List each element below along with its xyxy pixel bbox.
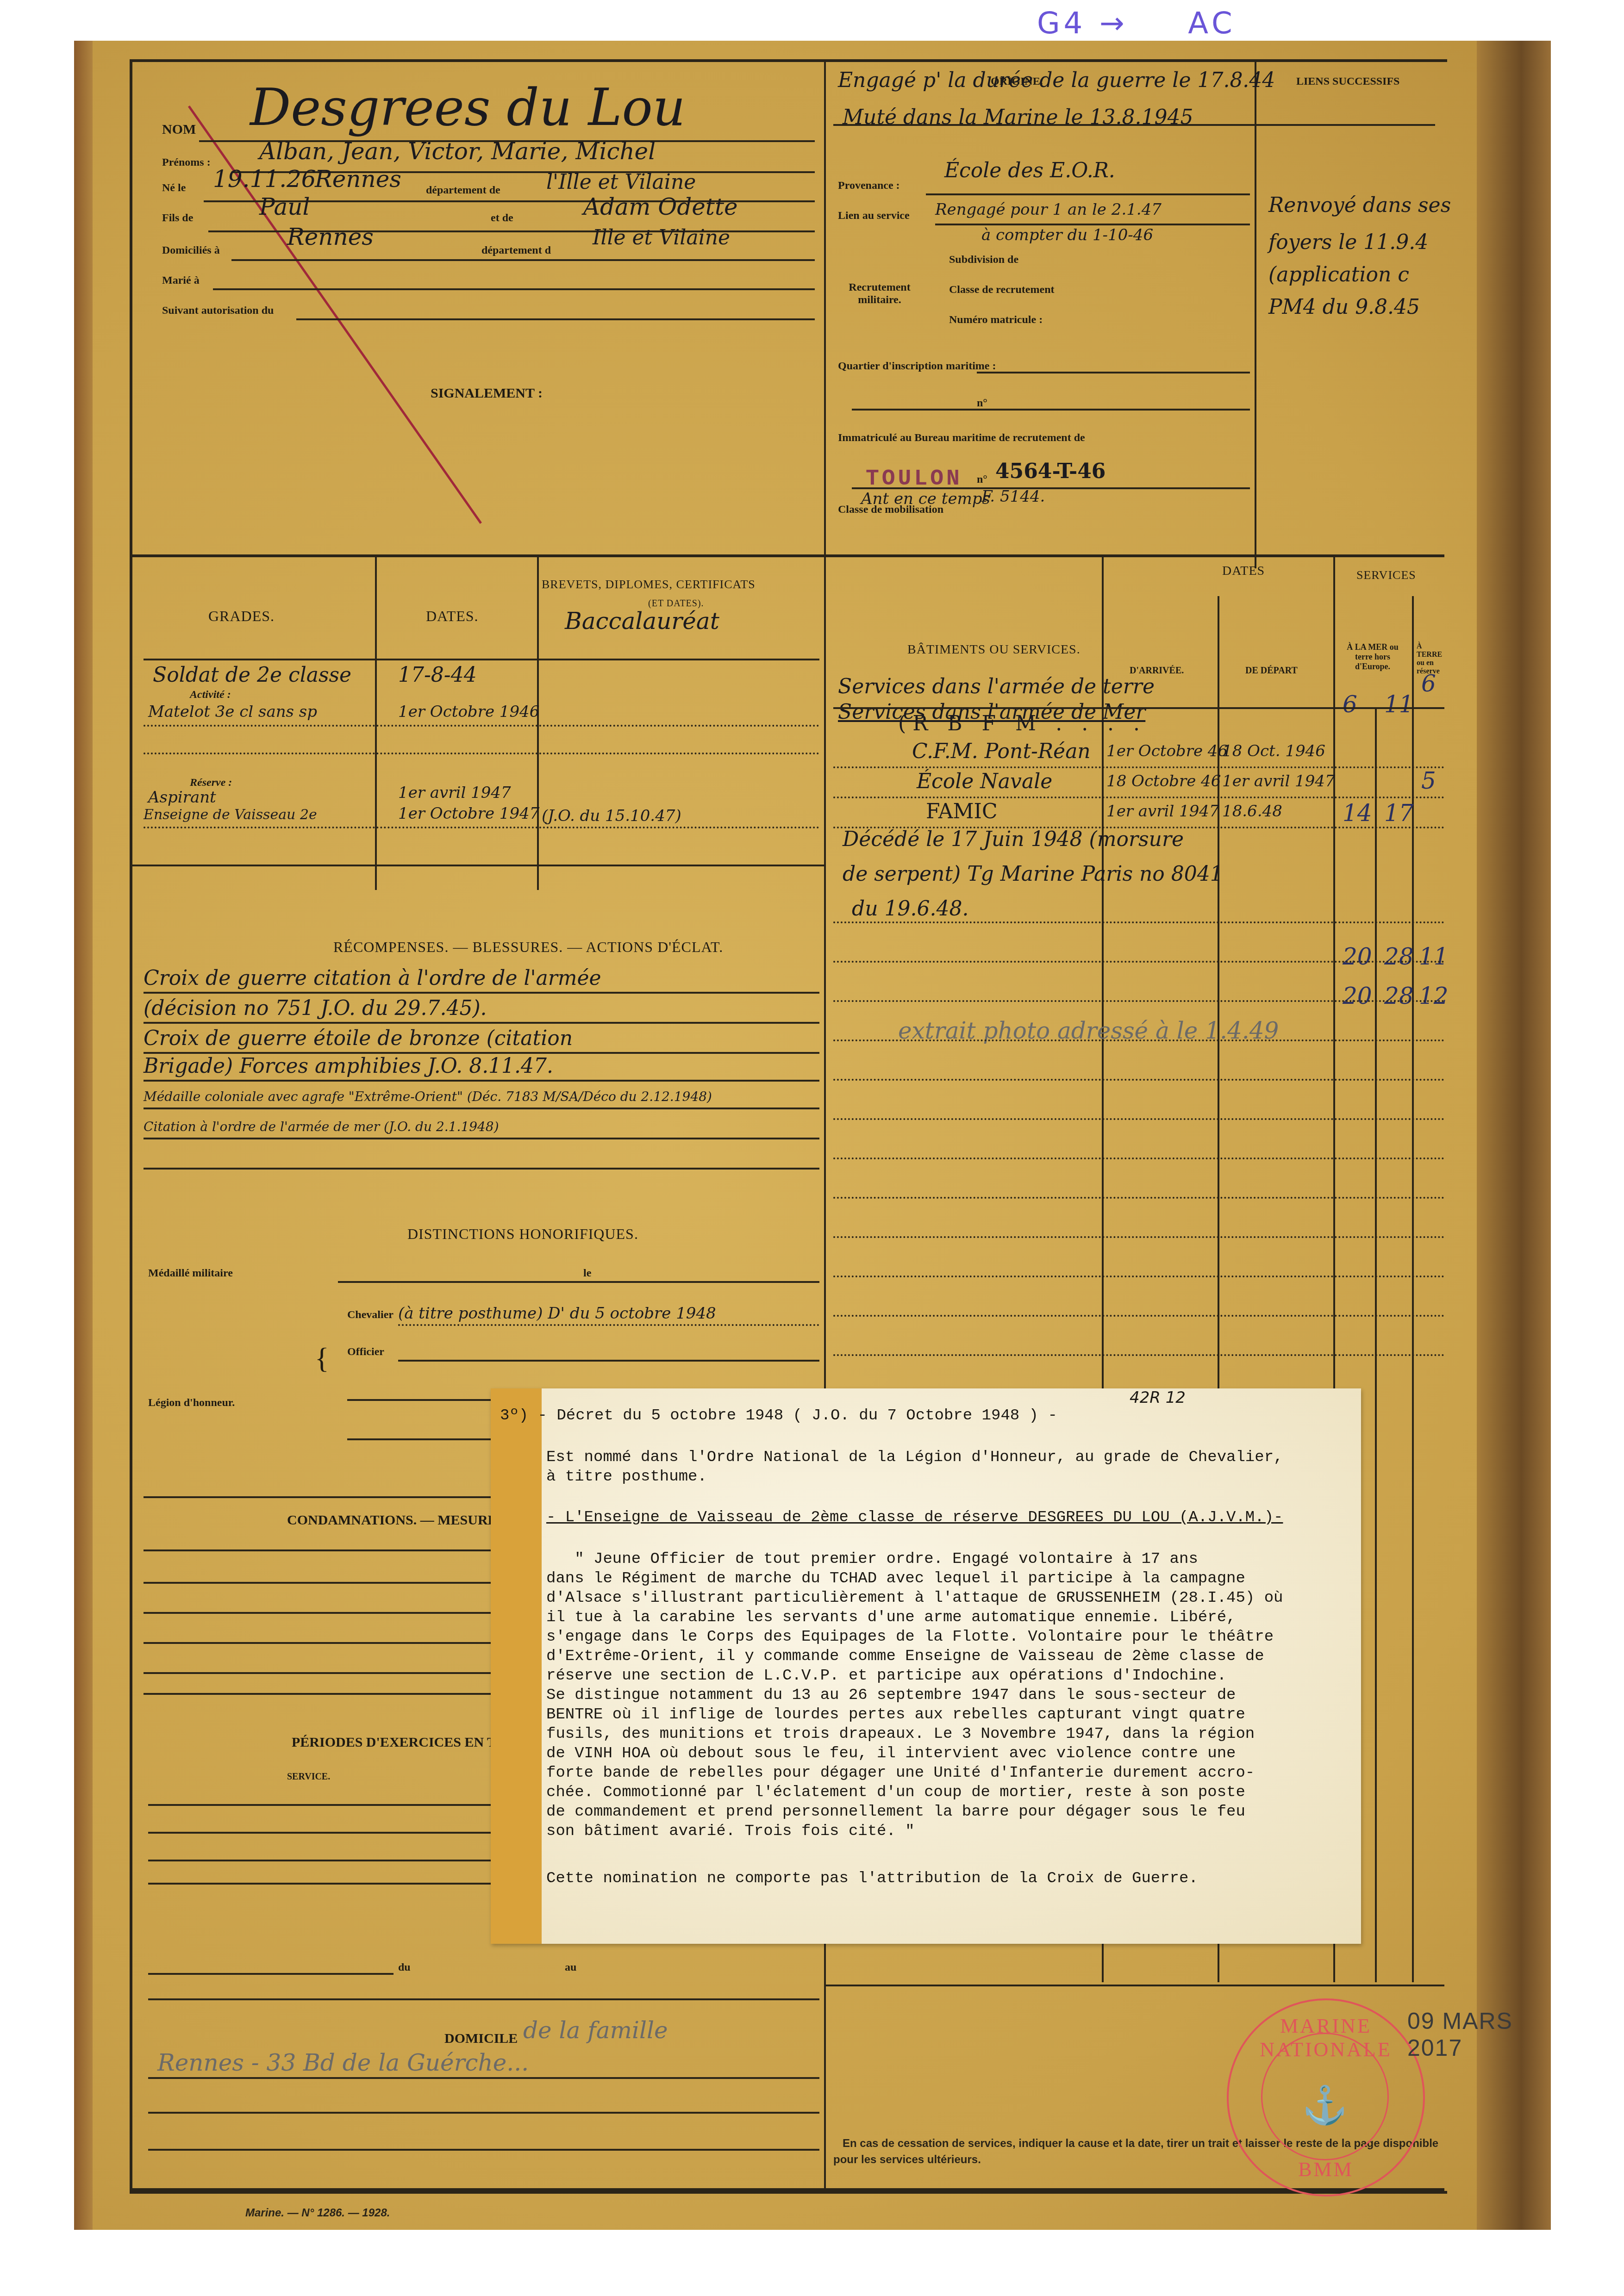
insert-line-3: à titre posthume. — [546, 1468, 707, 1486]
bat-row-line-5 — [833, 999, 1444, 1002]
departement2-value: Ille et Vilaine — [593, 226, 730, 249]
departement-label: département de — [426, 184, 500, 197]
domicile-line-0 — [148, 2077, 819, 2079]
domicilies-label: Domiciliés à — [162, 244, 220, 257]
liens-title: LIENS SUCCESSIFS — [1296, 75, 1399, 88]
intro-terre-m: 6 — [1421, 670, 1436, 697]
periode-line-5 — [148, 1998, 819, 2000]
reserve-label: Réserve : — [190, 777, 232, 789]
page-edge — [74, 41, 93, 2230]
grades-row-line-1 — [144, 723, 819, 727]
origine-line1: Engagé p' la durée de la guerre le 17.8.… — [838, 68, 1275, 92]
insert-line-14: Se distingue notamment du 13 au 26 septe… — [546, 1686, 1236, 1704]
rec-line-0 — [144, 992, 819, 994]
departement-value: l'Ille et Vilaine — [546, 170, 696, 194]
fils-de-label: Fils de — [162, 212, 193, 224]
mer-m-divider — [1375, 707, 1377, 1982]
arrivee-row-1: 18 Octobre 46 — [1106, 772, 1221, 790]
legion-label: Légion d'honneur. — [148, 1397, 235, 1409]
dates-header: DATES. — [426, 608, 479, 625]
lien-line — [935, 224, 1250, 225]
intro-mer-m: 6 — [1343, 691, 1357, 718]
prenoms-label: Prénoms : — [162, 156, 211, 169]
bat-row-line-0 — [833, 765, 1444, 768]
insert-line-23: Cette nomination ne comporte pas l'attri… — [546, 1870, 1198, 1887]
toulon-line — [852, 487, 1250, 489]
service-row-0: C.F.M. Pont-Réan — [912, 740, 1091, 763]
insert-line-9: d'Alsace s'illustrant particulièrement à… — [546, 1589, 1283, 1607]
immatricule-label: Immatriculé au Bureau maritime de recrut… — [838, 432, 1085, 444]
recrutement-label: Recrutement militaire. — [838, 281, 921, 306]
subdivision-label: Subdivision de — [949, 254, 1018, 266]
provenance-line — [926, 193, 1250, 195]
domicile-line — [231, 259, 815, 261]
rec-line-3 — [144, 1080, 819, 1082]
insert-line-15: BENTRE où il inflige de lourdes pertes a… — [546, 1706, 1245, 1724]
brevets-header: BREVETS, DIPLOMES, CERTIFICATS — [542, 578, 756, 591]
au-label: au — [565, 1961, 576, 1974]
sub-header: (R B F M . . . . — [898, 712, 1146, 735]
legion-brace: { — [315, 1341, 329, 1375]
et-de-label: et de — [491, 212, 513, 224]
bat-row-line-13 — [833, 1313, 1444, 1317]
seal-bottom-text: BMM — [1229, 2158, 1423, 2181]
rec-line-6 — [144, 1168, 819, 1170]
departement2-label: département d — [481, 244, 551, 257]
deces-line-0: Décédé le 17 Juin 1948 (morsure — [843, 828, 1184, 851]
depart-row-1: 1er avril 1947 — [1222, 772, 1335, 790]
anchor-icon: ⚓ — [1229, 2084, 1423, 2127]
form-number: Marine. — N° 1286. — 1928. — [245, 2207, 390, 2220]
bat-row-line-1 — [833, 795, 1444, 798]
signalement-label: SIGNALEMENT : — [431, 386, 543, 401]
nom-value: Desgrees du Lou — [250, 78, 686, 137]
top-annotation: G4 →AC — [1037, 6, 1296, 41]
du-label-3: du — [398, 1961, 411, 1974]
mer-j-row-2: 17 — [1384, 800, 1414, 827]
rec-line-4 — [144, 1108, 819, 1109]
liens-line-0: Renvoyé dans ses — [1268, 193, 1451, 217]
bat-row-line-8 — [833, 1117, 1444, 1120]
depart-row-2: 18.6.48 — [1222, 802, 1282, 821]
grades-bottom-line — [130, 865, 824, 866]
birthplace-value: Rennes — [315, 166, 401, 193]
liens-divider — [1255, 59, 1256, 568]
mer-m-row-2: 14 — [1343, 800, 1372, 827]
medaille-label: Médaillé militaire — [148, 1267, 233, 1280]
annotation-right: AC — [1188, 6, 1236, 41]
recompense-line-5: Citation à l'ordre de l'armée de mer (J.… — [144, 1119, 499, 1134]
grades-row-line-2 — [144, 751, 819, 754]
recompenses-title: RÉCOMPENSES. — BLESSURES. — ACTIONS D'ÉC… — [333, 939, 723, 956]
rec-line-1 — [144, 1022, 819, 1024]
service-row-2: FAMIC — [926, 800, 998, 823]
ne-le-value: 19.11.26 — [213, 166, 316, 193]
lien-label: Lien au service — [838, 210, 910, 222]
deces-line-2: du 19.6.48. — [852, 897, 968, 921]
quartier-line — [977, 372, 1250, 373]
no-line — [852, 409, 1250, 411]
grade-note-5: (J.O. du 15.10.47) — [542, 807, 681, 825]
arrivee-row-0: 1er Octobre 46 — [1106, 742, 1228, 760]
grade-row-5: Enseigne de Vaisseau 2e — [144, 807, 317, 823]
classe-mob-label: Classe de mobilisation — [838, 504, 943, 516]
depart-row-0: 18 Oct. 1946 — [1222, 742, 1325, 760]
ne-le-label: Né le — [162, 182, 186, 194]
autorisation-label: Suivant autorisation du — [162, 305, 274, 317]
grade-row-2: Matelot 3e cl sans sp — [148, 703, 317, 721]
deces-line-1: de serpent) Tg Marine Paris no 8041 — [843, 862, 1223, 886]
right-bottom-line — [824, 1985, 1444, 1986]
quartier-label: Quartier d'inscription maritime : — [838, 360, 996, 373]
form-bottom-line — [130, 2188, 1444, 2192]
total-t-1: 12 — [1419, 983, 1449, 1009]
seal-top-text: MARINE NATIONALE — [1229, 2014, 1423, 2061]
chevalier-line — [398, 1323, 819, 1326]
brevet-value: Baccalauréat — [565, 608, 719, 635]
autorisation-line — [296, 318, 815, 320]
bat-row-line-12 — [833, 1274, 1444, 1277]
matricule-label: Numéro matricule : — [949, 314, 1043, 326]
grade-row-4: Aspirant — [148, 788, 216, 807]
total-m-1: 20 — [1343, 983, 1372, 1009]
total-m-0: 20 — [1343, 943, 1372, 970]
insert-line-2: Est nommé dans l'Ordre National de la Lé… — [546, 1449, 1283, 1466]
domicile-title: DOMICILE — [444, 2031, 518, 2047]
domicile-annotation: de la famille — [523, 2017, 668, 2044]
bat-row-line-10 — [833, 1195, 1444, 1199]
rec-line-5 — [144, 1138, 819, 1139]
insert-line-18: forte bande de rebelles pour dégager une… — [546, 1764, 1255, 1782]
annotation-left: G4 → — [1037, 6, 1128, 41]
chevalier-value: (à titre posthume) D' du 5 octobre 1948 — [398, 1304, 716, 1323]
bat-row-line-11 — [833, 1235, 1444, 1238]
officier-line — [398, 1360, 819, 1362]
recompense-line-1: (décision no 751 J.O. du 29.7.45). — [144, 996, 487, 1020]
intro-mer-j: 11 — [1384, 691, 1414, 718]
batiments-header-line — [833, 707, 1444, 709]
footer-note-2: pour les services ultérieurs. — [833, 2153, 981, 2166]
marine-nationale-seal: MARINE NATIONALE ⚓ BMM — [1227, 1998, 1425, 2196]
bat-row-line-6 — [833, 1038, 1444, 1041]
total-j-1: 28 — [1384, 983, 1414, 1009]
origine-line — [833, 124, 1435, 126]
total-t-0: 11 — [1419, 943, 1449, 970]
insert-line-21: son bâtiment avarié. Trois fois cité. " — [546, 1823, 915, 1840]
terre-row-1: 5 — [1421, 767, 1436, 794]
insert-line-13: réserve une section de L.C.V.P. et parti… — [546, 1667, 1226, 1685]
fils-de-value: Paul — [259, 193, 310, 220]
grades-header-line — [144, 659, 819, 660]
depart-header: DE DÉPART — [1245, 666, 1298, 676]
grade-date-4: 1er avril 1947 — [398, 784, 511, 802]
insert-line-20: de commandement et prend personnellement… — [546, 1803, 1245, 1821]
insert-line-11: s'engage dans le Corps des Equipages de … — [546, 1628, 1274, 1646]
recompense-line-2: Croix de guerre étoile de bronze (citati… — [144, 1027, 573, 1050]
lien-value2: à compter du 1-10-46 — [981, 226, 1153, 244]
mer-header: À LA MER ou terre hors d'Europe. — [1338, 642, 1407, 672]
marie-line — [213, 288, 815, 290]
grade-date-2: 1er Octobre 1946 — [398, 703, 539, 721]
liens-line-1: foyers le 11.9.4 — [1268, 230, 1428, 254]
periode-line-4 — [148, 1973, 394, 1975]
officier-label: Officier — [347, 1346, 384, 1358]
provenance-label: Provenance : — [838, 180, 900, 192]
no-label-2: n° — [977, 473, 987, 486]
grade-date-5: 1er Octobre 1947 — [398, 804, 539, 823]
domicile-line-1 — [148, 2112, 819, 2114]
intro-line-0: Services dans l'armée de terre — [838, 675, 1155, 698]
et-de-value: Adam Odette — [583, 193, 738, 220]
recompense-line-0: Croix de guerre citation à l'ordre de l'… — [144, 966, 601, 990]
f-number: F. 5144. — [981, 487, 1045, 506]
prenoms-value: Alban, Jean, Victor, Marie, Michel — [259, 138, 656, 165]
bat-row-line-3 — [833, 920, 1444, 923]
grade-date-0: 17-8-44 — [398, 663, 477, 687]
insert-line-16: fusils, des munitions et trois drapeaux.… — [546, 1725, 1255, 1743]
grades-header: GRADES. — [208, 608, 275, 625]
service-row-1: École Navale — [917, 770, 1052, 793]
bat-row-line-4 — [833, 959, 1444, 963]
insert-line-17: de VINH HOA où debout sous le feu, il in… — [546, 1745, 1236, 1762]
book-spine — [1477, 41, 1551, 2230]
date-stamp: 09 MARS 2017 — [1407, 2008, 1551, 2061]
insert-line-19: chée. Commotionné par l'éclatement d'un … — [546, 1784, 1245, 1801]
batiments-header: BÂTIMENTS OU SERVICES. — [907, 642, 1081, 657]
liens-line-3: PM4 du 9.8.45 — [1268, 295, 1420, 319]
recompense-line-3: Brigade) Forces amphibies J.O. 8.11.47. — [144, 1054, 553, 1078]
periodes-title: PÉRIODES D'EXERCICES EN TE — [292, 1735, 506, 1750]
grade-row-0: Soldat de 2e classe — [153, 663, 351, 687]
insert-line-0: 3º) - Décret du 5 octobre 1948 ( J.O. du… — [500, 1407, 1057, 1425]
liens-line-2: (application c — [1268, 263, 1409, 286]
domicile-line-2 — [148, 2149, 819, 2151]
insert-reference: 42R 12 — [1130, 1388, 1186, 1407]
total-j-0: 28 — [1384, 943, 1414, 970]
insert-line-7: " Jeune Officier de tout premier ordre. … — [546, 1550, 1198, 1568]
matricule-number: 4564-T-46 — [995, 460, 1106, 483]
domicilies-value: Rennes — [287, 224, 374, 250]
domicile-value: Rennes - 33 Bd de la Guérche... — [157, 2049, 529, 2076]
bat-row-line-7 — [833, 1077, 1444, 1081]
dates-group-header: DATES — [1222, 564, 1265, 579]
provenance-value: École des E.O.R. — [944, 159, 1115, 182]
rec-line-2 — [144, 1052, 819, 1054]
marie-label: Marié à — [162, 274, 200, 287]
insert-line-8: dans le Régiment de marche du TCHAD avec… — [546, 1570, 1245, 1587]
distinctions-title: DISTINCTIONS HONORIFIQUES. — [407, 1226, 638, 1243]
insert-line-5: - L'Enseigne de Vaisseau de 2ème classe … — [546, 1509, 1283, 1526]
services-group-header: SERVICES — [1356, 568, 1416, 582]
activite-label: Activité : — [190, 689, 231, 701]
bat-row-line-14 — [833, 1353, 1444, 1356]
insert-line-12: d'Extrême-Orient, il y commande comme En… — [546, 1648, 1264, 1665]
service-label: SERVICE. — [287, 1772, 330, 1782]
nom-label: NOM — [162, 122, 196, 137]
no-label: n° — [977, 397, 987, 410]
grades-row-line-3 — [144, 825, 819, 828]
insert-line-10: il tue à la carabine les servants d'une … — [546, 1609, 1236, 1626]
arrivee-row-2: 1er avril 1947 — [1106, 802, 1219, 821]
bat-row-line-9 — [833, 1156, 1444, 1159]
medaille-line — [338, 1281, 819, 1283]
condamnations-title: CONDAMNATIONS. — MESURES — [287, 1512, 505, 1528]
medaille-le-label: le — [583, 1267, 591, 1280]
chevalier-label: Chevalier — [347, 1309, 394, 1321]
classe-label: Classe de recrutement — [949, 284, 1054, 296]
lien-value: Rengagé pour 1 an le 2.1.47 — [935, 200, 1162, 219]
typed-decree-insert: 42R 12 3º) - Décret du 5 octobre 1948 ( … — [491, 1388, 1361, 1944]
section-divider-1 — [130, 554, 1444, 557]
recompense-line-4: Médaille coloniale avec agrafe "Extrême-… — [144, 1089, 712, 1104]
